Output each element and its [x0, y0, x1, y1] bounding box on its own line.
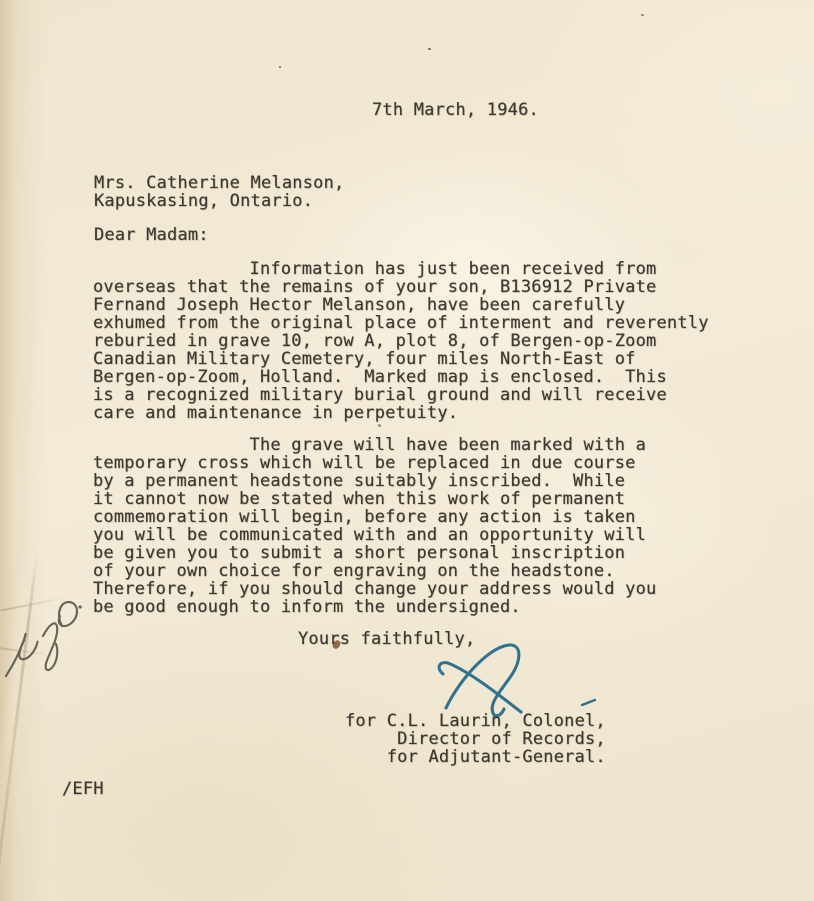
paper-speck — [641, 14, 644, 16]
date-line: 7th March, 1946. — [372, 101, 539, 119]
typist-reference: /EFH — [62, 780, 104, 798]
paper-speck — [279, 66, 281, 68]
salutation: Dear Madam: — [94, 226, 209, 244]
paper-speck — [428, 48, 431, 50]
letter-scan-page: 7th March, 1946. Mrs. Catherine Melanson… — [0, 0, 814, 901]
body-paragraph-2: The grave will have been marked with a t… — [93, 436, 656, 616]
signature-block: for C.L. Laurin, Colonel, Director of Re… — [345, 712, 606, 766]
handwritten-initials — [0, 591, 95, 700]
recipient-address: Mrs. Catherine Melanson, Kapuskasing, On… — [94, 174, 344, 210]
body-paragraph-1: Information has just been received from … — [93, 260, 709, 422]
paper-speck — [378, 424, 381, 427]
